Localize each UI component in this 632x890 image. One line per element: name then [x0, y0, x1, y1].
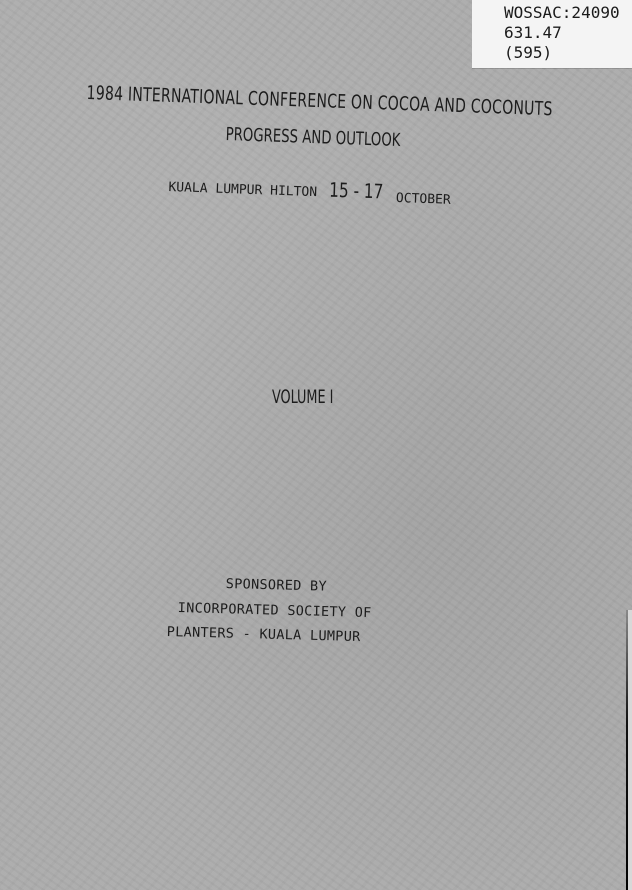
- catalog-accession-number: WOSSAC:24090: [504, 3, 620, 22]
- sponsor-organization-location: PLANTERS - KUALA LUMPUR: [167, 624, 361, 645]
- venue-dates: 15 - 17: [329, 178, 384, 204]
- venue-month: OCTOBER: [396, 191, 451, 208]
- catalog-location-code: (595): [504, 43, 552, 62]
- catalog-classification-number: 631.47: [504, 23, 562, 42]
- library-catalog-label: WOSSAC:24090 631.47 (595): [472, 0, 632, 68]
- conference-venue-dates: KUALA LUMPUR HILTON 15 - 17 OCTOBER: [168, 172, 451, 206]
- page-edge-strip: [628, 610, 632, 890]
- conference-subtitle: PROGRESS AND OUTLOOK: [225, 124, 401, 151]
- venue-place: KUALA LUMPUR HILTON: [168, 180, 317, 200]
- volume-number: VOLUME I: [272, 386, 333, 408]
- sponsor-heading: SPONSORED BY: [226, 576, 328, 595]
- sponsor-organization: INCORPORATED SOCIETY OF: [178, 600, 372, 621]
- scanned-cover-page: WOSSAC:24090 631.47 (595) 1984 INTERNATI…: [0, 0, 632, 890]
- conference-title: 1984 INTERNATIONAL CONFERENCE ON COCOA A…: [86, 82, 553, 120]
